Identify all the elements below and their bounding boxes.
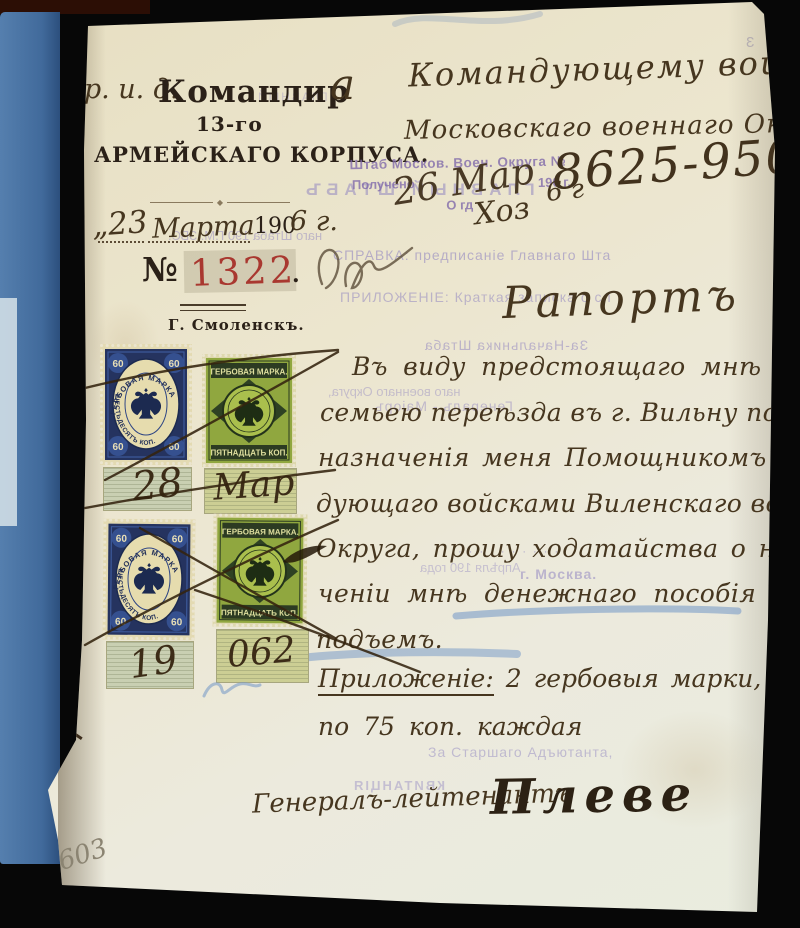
cancellation-strokes	[55, 330, 565, 700]
cover-patch	[0, 298, 17, 526]
number-period: .	[292, 262, 300, 288]
letterhead-case-correction: а	[330, 60, 355, 109]
binding-stitch	[64, 293, 85, 310]
photographed-archive-page: 3 ГЛАВНЫЙ ГЛАВНЫЙ ШТАБЪ наго Штаба 190 Г…	[0, 0, 800, 928]
binding-stitch	[64, 314, 83, 325]
department-note: Хоз	[472, 191, 532, 233]
letterhead-corps-number: 13-го	[196, 112, 263, 136]
document-sheet: 3 ГЛАВНЫЙ ГЛАВНЫЙ ШТАБЪ наго Штаба 190 Г…	[0, 0, 800, 928]
date-day: „23	[91, 204, 149, 244]
signature-name: Плеве	[490, 766, 699, 826]
divider-ornament: ◆	[150, 198, 290, 207]
bleedthrough-text: За Старшаго Адъютанта,	[428, 744, 613, 760]
dotted-rule	[98, 240, 144, 243]
attachment-line2: по 75 коп. каждая	[318, 712, 582, 741]
dotted-rule	[148, 240, 250, 243]
pencil-flourish	[312, 236, 418, 294]
ink-smear	[283, 546, 327, 563]
divider-rule	[180, 304, 246, 311]
letterhead-commander-title: Командир	[158, 74, 350, 110]
number-sign: №	[142, 250, 178, 289]
document-number-stamp: 1322	[189, 248, 297, 295]
faint-pencil-scribble	[390, 4, 550, 36]
report-title: Рапортъ	[501, 270, 741, 329]
date-year-script: 6 г.	[290, 206, 338, 237]
